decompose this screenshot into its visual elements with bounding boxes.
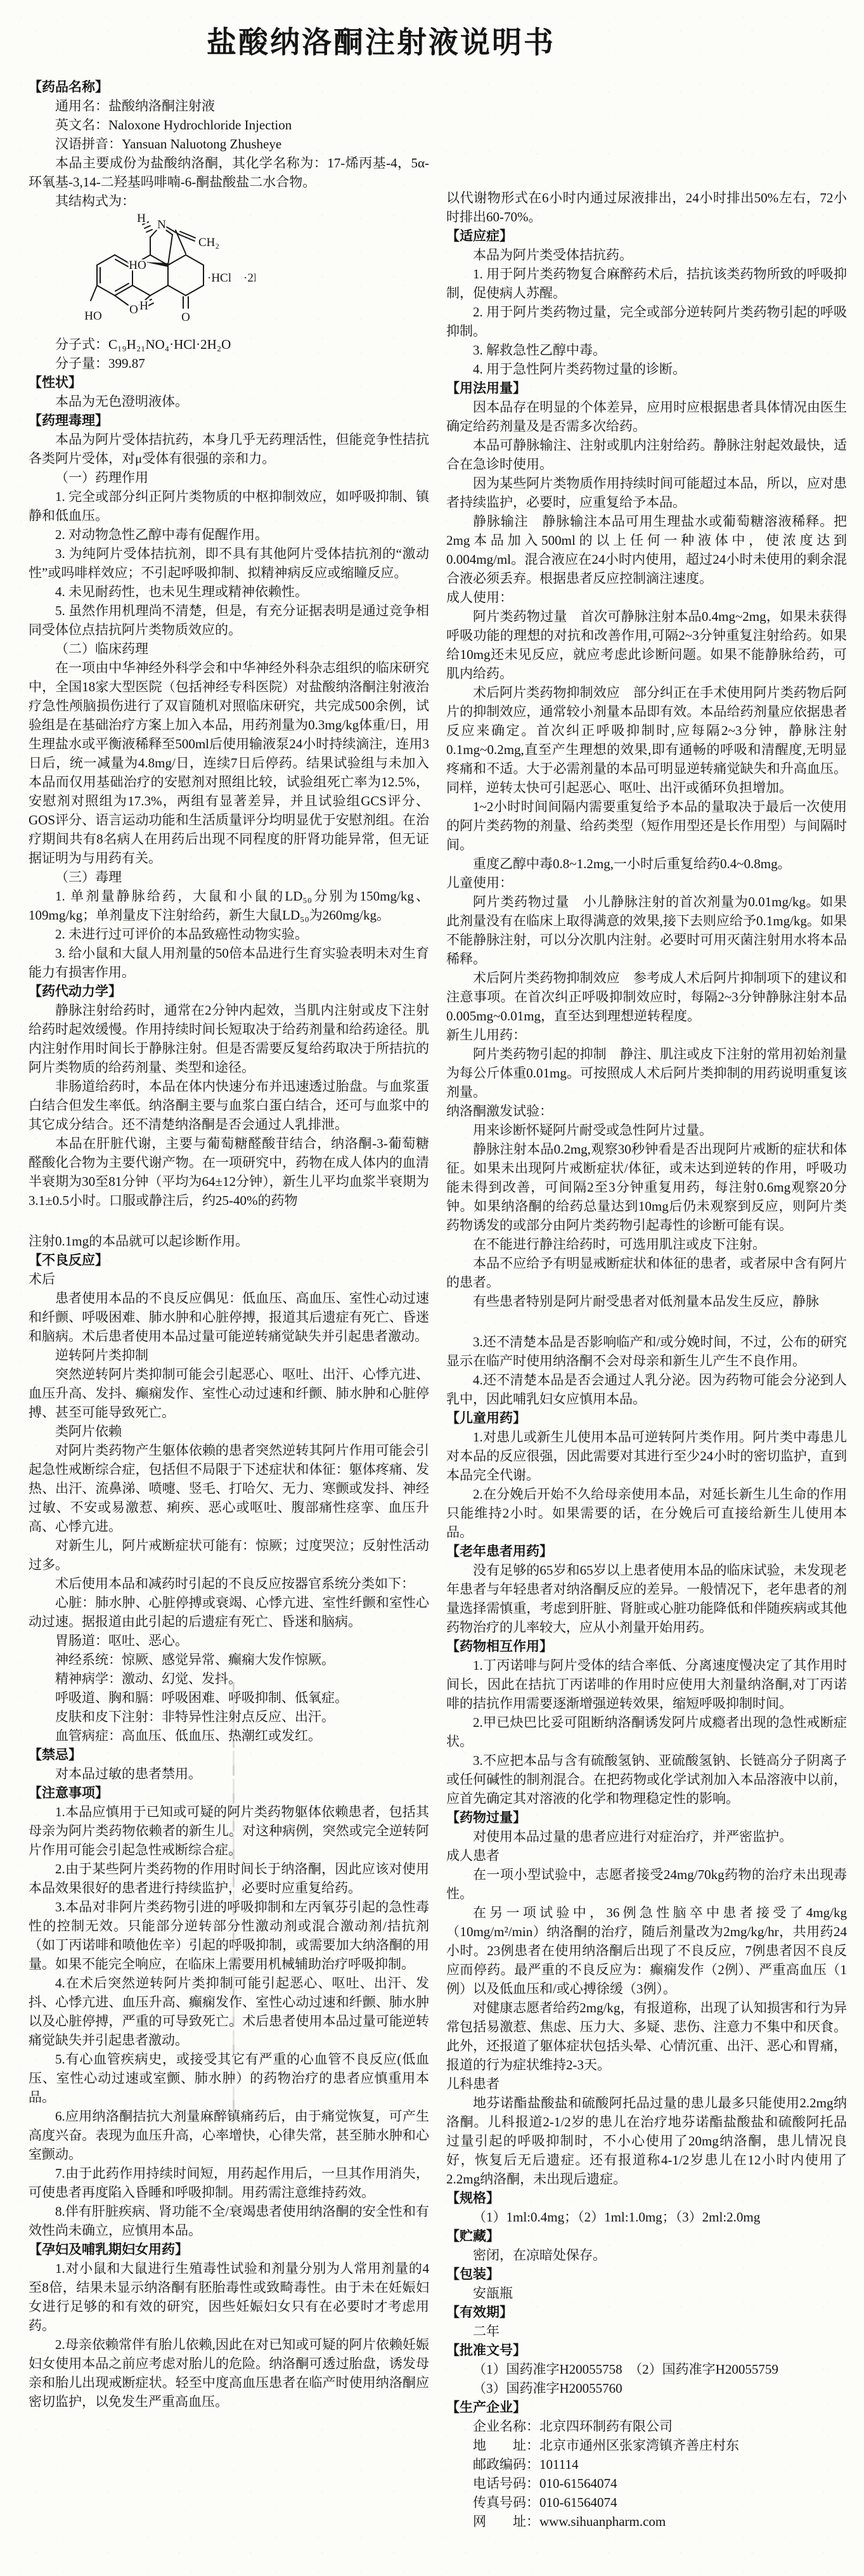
paragraph: 术后阿片类药物抑制效应 参考成人术后阿片抑制项下的建议和注意事项。在首次纠正呼吸… bbox=[446, 968, 847, 1025]
paragraph: 对本品过敏的患者禁用。 bbox=[29, 1764, 429, 1783]
section-heading: 【药物过量】 bbox=[446, 1808, 847, 1827]
section-heading: 【规格】 bbox=[446, 2189, 847, 2208]
paragraph: 3.还不清楚本品是否影响临产和/或分娩时间，不过，公布的研究显示在临产时使用纳洛… bbox=[446, 1332, 847, 1370]
paragraph: 2. 对动物急性乙醇中毒有促醒作用。 bbox=[29, 525, 429, 544]
paragraph: 患者使用本品的不良反应偶见：低血压、高血压、室性心动过速和纤颤、呼吸困难、肺水肿… bbox=[29, 1289, 429, 1346]
paragraph: 在一项由中华神经外科学会和中华神经外科杂志组织的临床研究中，全国18家大型医院（… bbox=[29, 658, 429, 868]
section-heading: 【用法用量】 bbox=[446, 379, 847, 398]
paragraph: 3.本品对非阿片类药物引进的呼吸抑制和左丙氧芬引起的急性毒性的控制无效。只能部分… bbox=[29, 1897, 429, 1974]
bond-lines bbox=[91, 222, 203, 308]
paragraph: （1）1ml:0.4mg；（2）1ml:1.0mg；（3）2ml:2.0mg bbox=[446, 2208, 847, 2227]
paragraph: 儿科患者 bbox=[446, 2074, 847, 2093]
hydrate-label: ·HCl ·2H₂O bbox=[207, 271, 255, 285]
h-mid-label: H bbox=[139, 299, 148, 313]
paragraph: （3）国药准字H20055760 bbox=[446, 2379, 847, 2398]
paragraph: 本品可静脉输注、注射或肌内注射给药。静脉注射起效最快，适合在急诊时使用。 bbox=[446, 436, 847, 474]
scan-gap bbox=[29, 1210, 429, 1232]
o-ketone-label: O bbox=[181, 311, 190, 324]
paragraph: 阿片类药物引起的抑制 静注、肌注或皮下注射的常用初始剂量为每公斤体重0.01mg… bbox=[446, 1044, 847, 1102]
paragraph: 3.不应把本品与含有硫酸氢钠、亚硫酸氢钠、长链高分子阴离子或任何碱性的制剂混合。… bbox=[446, 1751, 847, 1808]
paragraph: 术后 bbox=[29, 1270, 429, 1289]
section-heading: 【适应症】 bbox=[446, 226, 847, 245]
paragraph: 2. 用于阿片类药物过量，完全或部分逆转阿片类药物引起的呼吸抑制。 bbox=[446, 302, 847, 341]
paragraph: 3. 解救急性乙醇中毒。 bbox=[446, 341, 847, 360]
paragraph: 成人使用： bbox=[446, 588, 847, 607]
paragraph: （三）毒理 bbox=[29, 868, 429, 887]
paragraph: 2.在分娩后开始不久给母亲使用本品，对延长新生儿生命的作用只能维持2小时。如果需… bbox=[446, 1485, 847, 1542]
paragraph: 2.甲已炔巴比妥可阻断纳洛酮诱发阿片成瘾者出现的急性戒断症状。 bbox=[446, 1713, 847, 1751]
paragraph: 4. 用于急性阿片类药物过量的诊断。 bbox=[446, 360, 847, 379]
paragraph: 新生儿用药： bbox=[446, 1025, 847, 1044]
paragraph: 2.母亲依赖常伴有胎儿依赖,因此在对已知或可疑的阿片依赖妊娠妇女使用本品之前应考… bbox=[29, 2335, 429, 2411]
paragraph: 5. 虽然作用机理尚不清楚，但是，有充分证据表明是通过竞争相同受体位点拮抗阿片类… bbox=[29, 601, 429, 639]
paragraph: 呼吸道、胸和膈：呼吸困难、呼吸抑制、低氧症。 bbox=[29, 1688, 429, 1707]
paragraph: 其结构式为： bbox=[29, 192, 429, 211]
scan-gap bbox=[446, 1311, 847, 1332]
paragraph: 没有足够的65岁和65岁以上患者使用本品的临床试验，未发现老年患者与年轻患者对纳… bbox=[446, 1561, 847, 1637]
paragraph: 重度乙醇中毒0.8~1.2mg,一小时后重复给药0.4~0.8mg。 bbox=[446, 854, 847, 873]
paragraph: 1. 单剂量静脉给药，大鼠和小鼠的LD₅₀分别为150mg/kg、109mg/k… bbox=[29, 887, 429, 925]
paragraph: 在另一项试验中，36例急性脑卒中患者接受了4mg/kg（10mg/m²/min）… bbox=[446, 1903, 847, 1998]
paragraph: 邮政编码：101114 bbox=[446, 2455, 847, 2474]
paragraph: 网 址：www.sihuanpharm.com bbox=[446, 2512, 847, 2531]
paragraph: 纳洛酮激发试验： bbox=[446, 1102, 847, 1121]
paragraph: 1~2小时时间间隔内需要重复给予本品的量取决于最后一次使用的阿片类药物的剂量、给… bbox=[446, 797, 847, 854]
ch2-label: CH₂ bbox=[198, 236, 219, 249]
section-heading: 【性状】 bbox=[29, 373, 429, 392]
paragraph: 安瓿瓶 bbox=[446, 2284, 847, 2303]
paragraph: 对新生儿，阿片戒断症状可能有：惊厥；过度哭泣；反射性活动过多。 bbox=[29, 1536, 429, 1574]
ho-bottom-label: HO bbox=[84, 309, 101, 323]
paragraph: 传真号码：010-61564074 bbox=[446, 2493, 847, 2512]
paragraph: 突然逆转阿片类抑制可能会引起恶心、呕吐、出汗、心悸亢进、血压升高、发抖、癫痫发作… bbox=[29, 1365, 429, 1422]
paragraph: 血管病症：高血压、低血压、热潮红或发红。 bbox=[29, 1726, 429, 1745]
paragraph: 皮肤和皮下注射：非特异性注射点反应、出汗。 bbox=[29, 1707, 429, 1726]
paragraph: 8.伴有肝脏疾病、肾功能不全/衰竭患者使用纳洛酮的安全性和有效性尚未确立，应慎用… bbox=[29, 2202, 429, 2240]
right-column: 以代谢物形式在6小时内通过尿液排出，24小时排出50%左右，72小时排出60-7… bbox=[446, 77, 847, 2531]
paragraph: 分子式：C₁₉H₂₁NO₄·HCl·2H₂O bbox=[29, 335, 429, 354]
paragraph: 6.应用纳洛酮拮抗大剂量麻醉镇痛药后，由于痛觉恢复，可产生高度兴奋。表现为血压升… bbox=[29, 2107, 429, 2164]
paragraph: 英文名：Naloxone Hydrochloride Injection bbox=[29, 115, 429, 134]
paragraph: 有些患者特别是阿片耐受患者对低剂量本品发生反应，静脉 bbox=[446, 1292, 847, 1311]
section-heading: 【禁忌】 bbox=[29, 1745, 429, 1764]
paragraph: 非肠道给药时，本品在体内快速分布并迅速透过胎盘。与血浆蛋白结合但发生率低。纳洛酮… bbox=[29, 1077, 429, 1134]
paragraph: 7.由于此药作用持续时间短，用药起作用后，一旦其作用消失，可使患者再度陷入昏睡和… bbox=[29, 2164, 429, 2202]
paragraph: 3. 给小鼠和大鼠人用剂量的50倍本品进行生育实验表明未对生育能力有损害作用。 bbox=[29, 944, 429, 982]
paragraph: 4.在术后突然逆转阿片类抑制可能引起恶心、呕吐、出汗、发抖、心悸亢进、血压升高、… bbox=[29, 1974, 429, 2050]
section-heading: 【生产企业】 bbox=[446, 2398, 847, 2417]
paragraph: 1. 完全或部分纠正阿片类物质的中枢抑制效应，如呼吸抑制、镇静和低血压。 bbox=[29, 487, 429, 525]
paragraph: 阿片类药物过量 首次可静脉注射本品0.4mg~2mg，如果未获得呼吸功能的理想的… bbox=[446, 607, 847, 683]
section-heading: 【有效期】 bbox=[446, 2303, 847, 2322]
paragraph: 儿童使用： bbox=[446, 873, 847, 892]
section-heading: 【不良反应】 bbox=[29, 1251, 429, 1270]
paragraph: 通用名：盐酸纳洛酮注射液 bbox=[29, 96, 429, 115]
paragraph: 本品为阿片类受体拮抗药。 bbox=[446, 245, 847, 264]
paragraph: 静脉注射本品0.2mg,观察30秒钟看是否出现阿片戒断的症状和体征。如果未出现阿… bbox=[446, 1140, 847, 1235]
paragraph: 2. 未进行过可评价的本品致癌性动物实验。 bbox=[29, 925, 429, 944]
scan-scratch-artifact bbox=[233, 1682, 235, 2124]
section-heading: 【老年患者用药】 bbox=[446, 1542, 847, 1561]
paragraph: 1.对患儿或新生儿使用本品可逆转阿片类作用。阿片类中毒患儿对本品的反应很强，因此… bbox=[446, 1428, 847, 1485]
paragraph: 用来诊断怀疑阿片耐受或急性阿片过量。 bbox=[446, 1121, 847, 1140]
paragraph: 以代谢物形式在6小时内通过尿液排出，24小时排出50%左右，72小时排出60-7… bbox=[446, 188, 847, 226]
paragraph: 4. 未见耐药性，也未见生理或精神依赖性。 bbox=[29, 582, 429, 601]
paragraph: （一）药理作用 bbox=[29, 468, 429, 487]
left-column: 【药品名称】通用名：盐酸纳洛酮注射液英文名：Naloxone Hydrochlo… bbox=[29, 77, 429, 2531]
paragraph: 注射0.1mg的本品就可以起诊断作用。 bbox=[29, 1232, 429, 1251]
paragraph: 静脉输注 静脉输注本品可用生理盐水或葡萄糖溶液稀释。把2mg本品加入500ml的… bbox=[446, 512, 847, 588]
paragraph: 2.由于某些阿片类药物的作用时间长于纳洛酮，因此应该对使用本品效果很好的患者进行… bbox=[29, 1859, 429, 1897]
ho-mid-label: HO bbox=[129, 259, 146, 272]
o-bridge-label: O bbox=[129, 303, 138, 316]
paragraph: 对健康志愿者给药2mg/kg，有报道称，出现了认知损害和行为异常包括易激惹、焦虑… bbox=[446, 1998, 847, 2074]
paragraph: 神经系统：惊厥、感觉异常、癫痫大发作惊厥。 bbox=[29, 1650, 429, 1669]
section-heading: 【贮藏】 bbox=[446, 2227, 847, 2246]
section-heading: 【儿童用药】 bbox=[446, 1408, 847, 1428]
paragraph: 在不能进行静注给药时，可选用肌注或皮下注射。 bbox=[446, 1235, 847, 1254]
paragraph: 地芬诺酯盐酸盐和硫酸阿托品过量的患儿最多只能使用2.2mg纳洛酮。儿科报道2-1… bbox=[446, 2093, 847, 2189]
paragraph: 4.还不清楚本品是否会通过人乳分泌。因为药物可能会分泌到人乳中，因此哺乳妇女应慎… bbox=[446, 1370, 847, 1408]
section-heading: 【药代动力学】 bbox=[29, 982, 429, 1001]
paragraph: 本品不应给予有明显戒断症状和体征的患者，或者尿中含有阿片的患者。 bbox=[446, 1254, 847, 1292]
naloxone-structure-drawing: H N CH₂ HO H HO O O ·HCl ·2H₂O bbox=[83, 212, 255, 334]
paragraph: 汉语拼音：Yansuan Naluotong Zhusheye bbox=[29, 134, 429, 153]
paragraph: 胃肠道：呕吐、恶心。 bbox=[29, 1631, 429, 1650]
section-heading: 【包装】 bbox=[446, 2265, 847, 2284]
section-heading: 【孕妇及哺乳期妇女用药】 bbox=[29, 2240, 429, 2259]
paragraph: （1）国药准字H20055758 （2）国药准字H20055759 bbox=[446, 2360, 847, 2379]
paragraph: 二年 bbox=[446, 2322, 847, 2341]
paragraph: 术后使用本品和减药时引起的不良反应按器官系统分类如下： bbox=[29, 1574, 429, 1593]
paragraph: 1.本品应慎用于已知或可疑的阿片类药物躯体依赖患者，包括其母亲为阿片类药物依赖者… bbox=[29, 1802, 429, 1859]
h-top-label: H bbox=[137, 212, 146, 225]
paragraph: 静脉注射给药时，通常在2分钟内起效，当肌内注射或皮下注射给药时起效缓慢。作用持续… bbox=[29, 1001, 429, 1077]
section-heading: 【药品名称】 bbox=[29, 77, 429, 96]
paragraph: 因本品存在明显的个体差异，应用时应根据患者具体情况由医生确定给药剂量及是否需多次… bbox=[446, 398, 847, 436]
paragraph: 密闭，在凉暗处保存。 bbox=[446, 2246, 847, 2265]
page: 盐酸纳洛酮注射液说明书 【药品名称】通用名：盐酸纳洛酮注射液英文名：Naloxo… bbox=[0, 0, 864, 2576]
section-heading: 【药物相互作用】 bbox=[446, 1637, 847, 1656]
paragraph: 对使用本品过量的患者应进行对症治疗，并严密监护。 bbox=[446, 1827, 847, 1846]
doc-title: 盐酸纳洛酮注射液说明书 bbox=[207, 19, 555, 62]
paragraph: 术后阿片类药物抑制效应 部分纠正在手术使用阿片类药物后阿片的抑制效应，通常较小剂… bbox=[446, 683, 847, 797]
paragraph: 电话号码：010-61564074 bbox=[446, 2474, 847, 2493]
paragraph: 1.对小鼠和大鼠进行生殖毒性试验和剂量分别为人常用剂量的4至8倍，结果未显示纳洛… bbox=[29, 2259, 429, 2335]
columns: 【药品名称】通用名：盐酸纳洛酮注射液英文名：Naloxone Hydrochlo… bbox=[29, 77, 847, 2531]
paragraph: （二）临床药理 bbox=[29, 639, 429, 658]
paragraph: 3. 为纯阿片受体拮抗剂，即不具有其他阿片受体拮抗剂的“激动性”或吗啡样效应；不… bbox=[29, 544, 429, 582]
paragraph: 心脏：肺水肿、心脏停搏或衰竭、心悸亢进、室性纤颤和室性心动过速。据报道由此引起的… bbox=[29, 1593, 429, 1631]
paragraph: 5.有心血管疾病史，或接受其它有严重的心血管不良反应(低血压、室性心动过速或室颤… bbox=[29, 2050, 429, 2107]
paragraph: 1. 用于阿片类药物复合麻醉药术后，拮抗该类药物所致的呼吸抑制，促使病人苏醒。 bbox=[446, 264, 847, 302]
paragraph: 本品为阿片受体拮抗药，本身几乎无药理活性，但能竞争性拮抗各类阿片受体，对μ受体有… bbox=[29, 430, 429, 468]
paragraph: 阿片类药物过量 小儿静脉注射的首次剂量为0.01mg/kg。如果此剂量没有在临床… bbox=[446, 892, 847, 968]
section-heading: 【注意事项】 bbox=[29, 1783, 429, 1802]
paragraph: 精神病学：激动、幻觉、发抖。 bbox=[29, 1669, 429, 1688]
paragraph: 地 址：北京市通州区张家湾镇齐善庄村东 bbox=[446, 2436, 847, 2455]
paragraph: 因为某些阿片类物质作用持续时间可能超过本品，所以，应对患者持续监护，必要时，应重… bbox=[446, 474, 847, 512]
section-heading: 【批准文号】 bbox=[446, 2341, 847, 2360]
paragraph: 类阿片依赖 bbox=[29, 1422, 429, 1441]
chemical-structure: H N CH₂ HO H HO O O ·HCl ·2H₂O bbox=[83, 212, 255, 334]
paragraph: 对阿片类药物产生躯体依赖的患者突然逆转其阿片作用可能会引起急性戒断综合症，包括但… bbox=[29, 1441, 429, 1536]
paragraph: 成人患者 bbox=[446, 1846, 847, 1865]
paragraph: 本品为无色澄明液体。 bbox=[29, 392, 429, 411]
paragraph: 企业名称：北京四环制药有限公司 bbox=[446, 2417, 847, 2436]
n-label: N bbox=[157, 218, 166, 231]
paragraph: 本品主要成份为盐酸纳洛酮，其化学名称为：17-烯丙基-4，5α-环氧基-3,14… bbox=[29, 153, 429, 192]
paragraph: 1.丁丙诺啡与阿片受体的结合率低、分离速度慢决定了其作用时间长，因此在拮抗丁丙诺… bbox=[446, 1656, 847, 1713]
paragraph: 在一项小型试验中，志愿者接受24mg/70kg药物的治疗未出现毒性。 bbox=[446, 1865, 847, 1903]
paragraph: 本品在肝脏代谢，主要与葡萄糖醛酸苷结合，纳洛酮-3-葡萄糖醛酸化合物为主要代谢产… bbox=[29, 1134, 429, 1210]
paragraph: 分子量：399.87 bbox=[29, 354, 429, 373]
section-heading: 【药理毒理】 bbox=[29, 411, 429, 430]
paragraph: 逆转阿片类抑制 bbox=[29, 1346, 429, 1365]
